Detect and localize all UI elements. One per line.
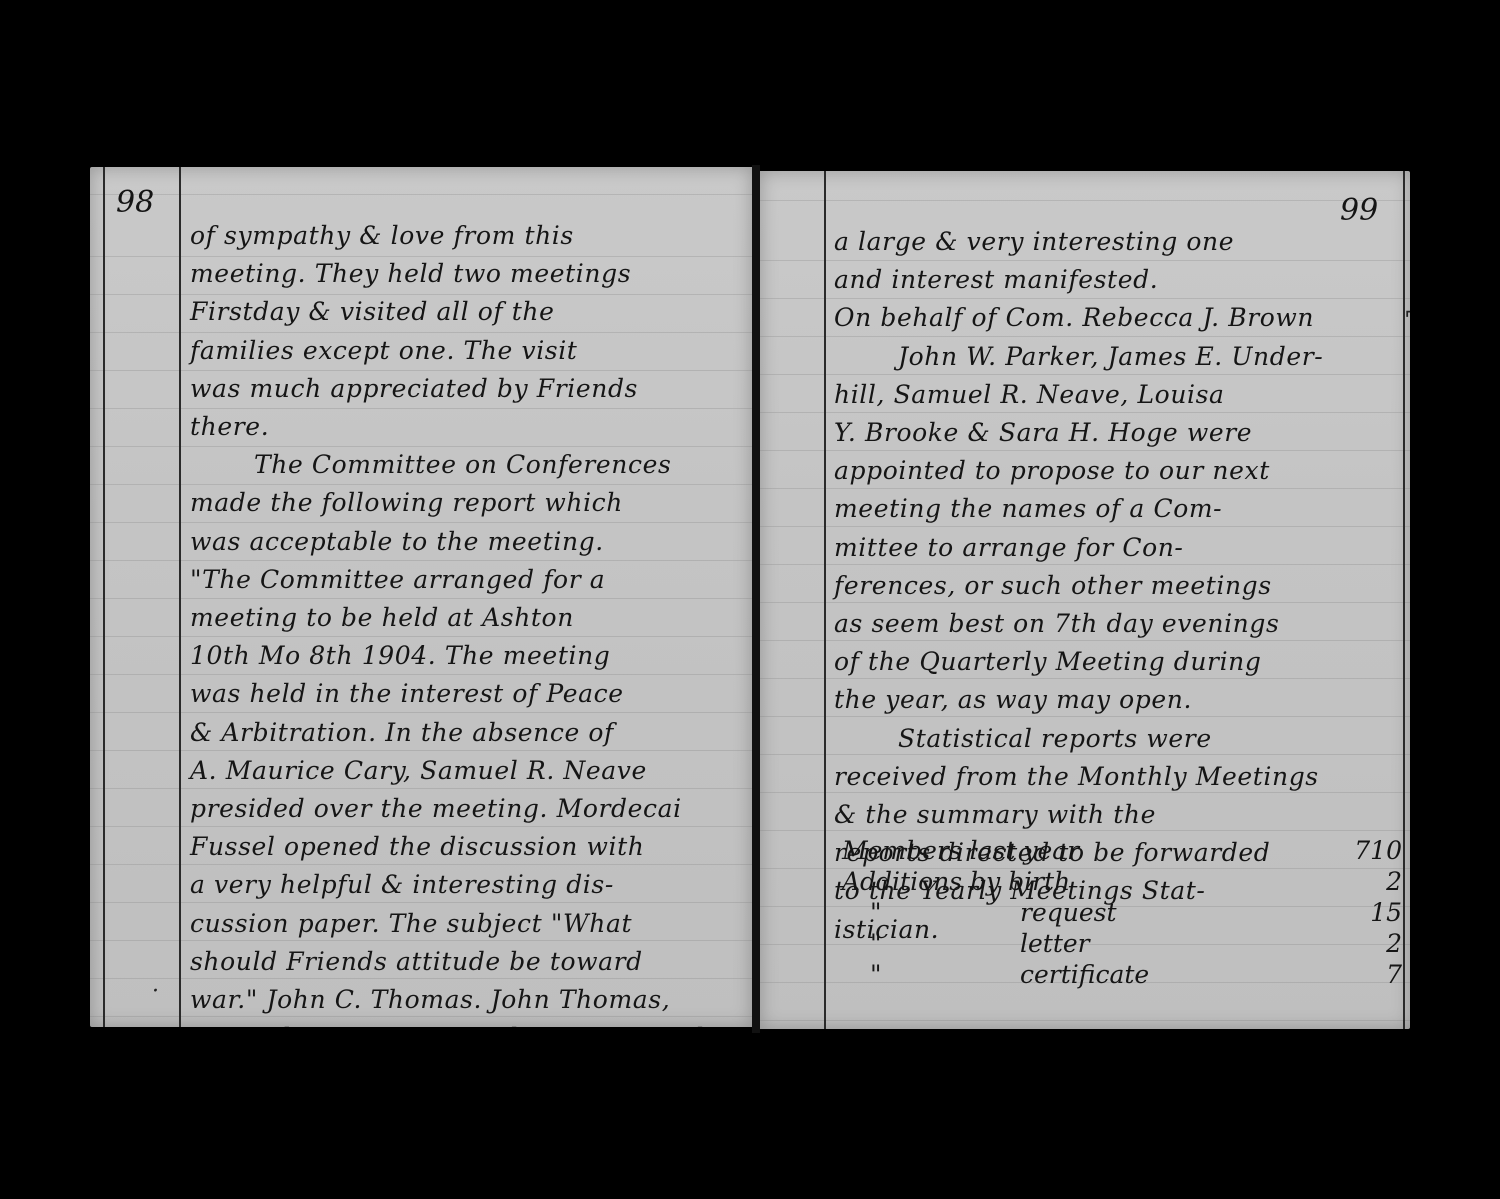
stat-value: 2 <box>1332 867 1402 896</box>
text-line: & the summary with the <box>834 796 1323 834</box>
stat-label: Members last year <box>842 836 1332 865</box>
outer-margin-rule <box>103 167 105 1027</box>
text-line: received from the Monthly Meetings <box>834 758 1323 796</box>
text-line: "The Committee arranged for a <box>190 561 704 599</box>
text-line: of sympathy & love from this <box>190 217 704 255</box>
stat-row: Members last year 710 <box>842 836 1402 867</box>
text-line: as seem best on 7th day evenings <box>834 605 1323 643</box>
stat-row: " letter 2 <box>842 929 1402 960</box>
stat-row: " certificate 7 <box>842 960 1402 991</box>
text-line: meeting the names of a Com- <box>834 490 1323 528</box>
edge-bracket-mark: ⌐ <box>1404 301 1410 326</box>
margin-rule <box>824 171 826 1029</box>
text-line: Fussel opened the discussion with <box>190 828 704 866</box>
text-line: A. Maurice Cary, Samuel R. Neave <box>190 752 704 790</box>
text-line: Statistical reports were <box>834 720 1323 758</box>
ditto-mark: " <box>842 898 930 927</box>
right-page: 99 a large & very interesting one and in… <box>760 171 1410 1029</box>
stat-row: Additions by birth 2 <box>842 867 1402 898</box>
text-line: was acceptable to the meeting. <box>190 523 704 561</box>
text-line: made the following report which <box>190 484 704 522</box>
page-number: 98 <box>116 185 154 220</box>
text-line: of the Quarterly Meeting during <box>834 643 1323 681</box>
statistics-table: Members last year 710 Additions by birth… <box>842 836 1402 991</box>
text-line: the year, as way may open. <box>834 681 1323 719</box>
text-line: meeting to be held at Ashton <box>190 599 704 637</box>
text-line: hill, Samuel R. Neave, Louisa <box>834 376 1323 414</box>
left-page: 98 · of sympathy & love from this meetin… <box>90 167 752 1027</box>
page-number: 99 <box>1340 193 1378 228</box>
stat-row: " request 15 <box>842 898 1402 929</box>
stat-label: certificate <box>930 960 1332 989</box>
ditto-mark: " <box>842 960 930 989</box>
text-line: mittee to arrange for Con- <box>834 529 1323 567</box>
stat-value: 15 <box>1332 898 1402 927</box>
stat-label: request <box>930 898 1332 927</box>
margin-rule <box>179 167 181 1027</box>
book-gutter <box>752 165 760 1033</box>
text-line: meeting. They held two meetings <box>190 255 704 293</box>
text-line: families except one. The visit <box>190 332 704 370</box>
text-line: Y. Brooke & Sara H. Hoge were <box>834 414 1323 452</box>
text-line: presided over the meeting. Mordecai <box>190 790 704 828</box>
text-line: appointed to propose to our next <box>834 452 1323 490</box>
outer-margin-rule <box>1403 171 1405 1029</box>
text-line: & Arbitration. In the absence of <box>190 714 704 752</box>
text-line: ferences, or such other meetings <box>834 567 1323 605</box>
stat-value: 7 <box>1332 960 1402 989</box>
text-line: should Friends attitude be toward <box>190 943 704 981</box>
text-line: and interest manifested. <box>834 261 1323 299</box>
margin-dot: · <box>152 979 159 1004</box>
stat-label: Additions by birth <box>842 867 1332 896</box>
text-line: John W. Parker, James E. Under- <box>834 338 1323 376</box>
text-line: war." John C. Thomas. John Thomas, <box>190 981 704 1019</box>
stat-value: 710 <box>1332 836 1402 865</box>
ditto-mark: " <box>842 929 930 958</box>
text-line: was held in the interest of Peace <box>190 675 704 713</box>
text-line: a very helpful & interesting dis- <box>190 866 704 904</box>
text-line: On behalf of Com. Rebecca J. Brown <box>834 299 1323 337</box>
text-line: of Sandy Spring. Samuel R. Neave and <box>190 1019 704 1027</box>
text-line: there. <box>190 408 704 446</box>
text-line: a large & very interesting one <box>834 223 1323 261</box>
text-line: cussion paper. The subject "What <box>190 905 704 943</box>
text-line: The Committee on Conferences <box>190 446 704 484</box>
stat-value: 2 <box>1332 929 1402 958</box>
stat-label: letter <box>930 929 1332 958</box>
text-line: Firstday & visited all of the <box>190 293 704 331</box>
left-page-text: of sympathy & love from this meeting. Th… <box>190 217 704 1027</box>
text-line: was much appreciated by Friends <box>190 370 704 408</box>
text-line: 10th Mo 8th 1904. The meeting <box>190 637 704 675</box>
